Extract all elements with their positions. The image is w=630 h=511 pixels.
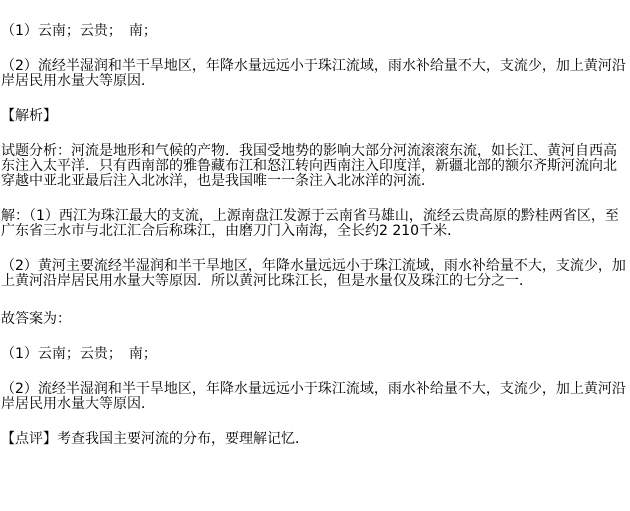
analysis-header: 【解析】: [1, 109, 630, 124]
analysis-body: 试题分析：河流是地形和气候的产物．我国受地势的影响大部分河流滚滚东流，如长江、黄…: [1, 144, 630, 189]
final-answer-line-1: （1）云南；云贵； 南；: [1, 347, 630, 362]
answer-top-line-2: （2）流经半湿润和半干旱地区，年降水量远远小于珠江流域，雨水补给量不大，支流少，…: [1, 59, 630, 89]
solution-part-2: （2）黄河主要流经半湿润和半干旱地区，年降水量远远小于珠江流域，雨水补给量不大，…: [1, 259, 630, 289]
comment-text: 【点评】考查我国主要河流的分布，要理解记忆．: [1, 432, 630, 447]
final-answer-intro: 故答案为：: [1, 312, 630, 327]
answer-top-line-1: （1）云南；云贵； 南；: [1, 24, 630, 39]
answer-document: （1）云南；云贵； 南； （2）流经半湿润和半干旱地区，年降水量远远小于珠江流域…: [0, 0, 630, 511]
solution-part-1: 解：（1）西江为珠江最大的支流，上源南盘江发源于云南省马雄山，流经云贵高原的黔桂…: [1, 209, 630, 239]
final-answer-line-2: （2）流经半湿润和半干旱地区，年降水量远远小于珠江流域，雨水补给量不大，支流少，…: [1, 382, 630, 412]
